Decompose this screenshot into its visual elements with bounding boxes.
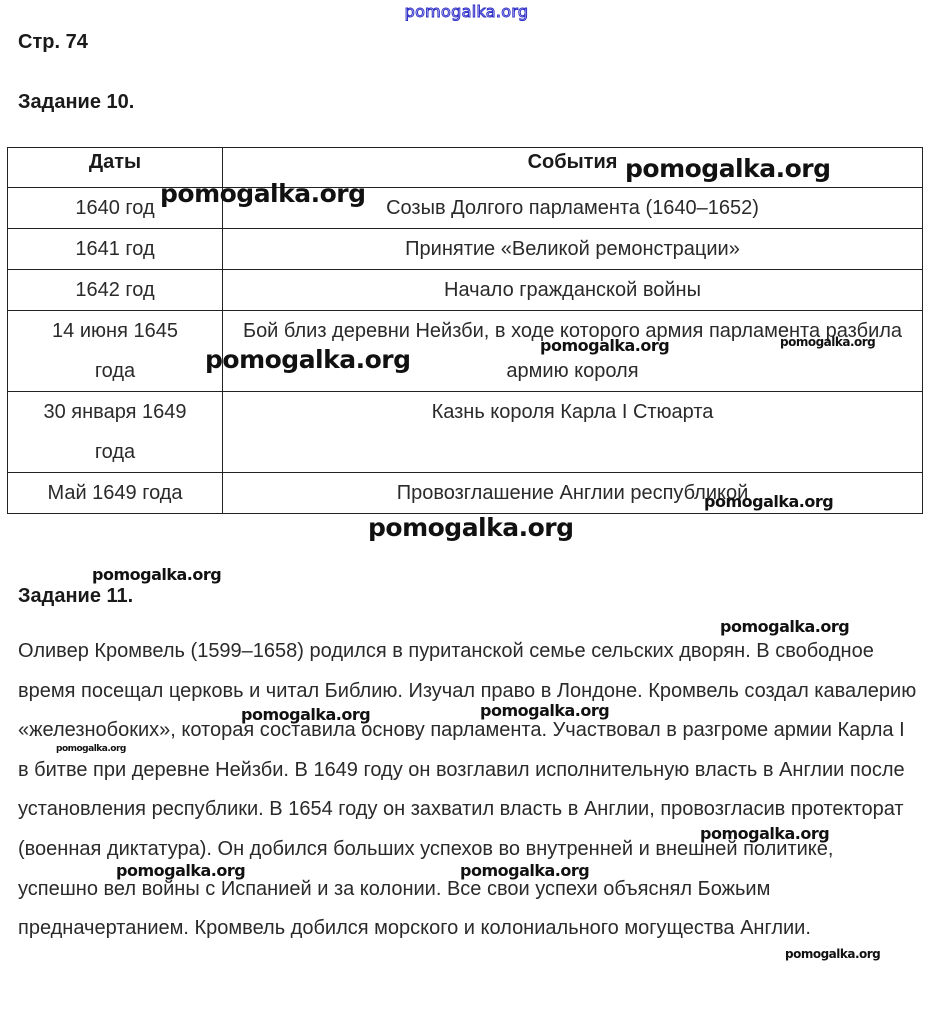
event-cell: Начало гражданской войны bbox=[223, 270, 923, 311]
event-cell: Казнь короля Карла I Стюарта bbox=[223, 392, 923, 473]
watermark: pomogalka.org bbox=[205, 345, 411, 374]
watermark: pomogalka.org bbox=[700, 824, 829, 843]
task11-title: Задание 11. bbox=[18, 585, 133, 608]
watermark: pomogalka.org bbox=[720, 617, 849, 636]
watermark: pomogalka.org bbox=[160, 179, 366, 208]
table-row: 1642 год Начало гражданской войны bbox=[8, 270, 923, 311]
date-cell: Май 1649 года bbox=[8, 473, 223, 514]
table-row: 14 июня 1645 года Бой близ деревни Нейзб… bbox=[8, 311, 923, 392]
date-cell: 1642 год bbox=[8, 270, 223, 311]
watermark: pomogalka.org bbox=[785, 947, 880, 961]
watermark: pomogalka.org bbox=[116, 861, 245, 880]
watermark: pomogalka.org bbox=[368, 513, 574, 542]
event-cell: Принятие «Великой ремонстрации» bbox=[223, 229, 923, 270]
watermark: pomogalka.org bbox=[780, 335, 875, 349]
date-cell: 1641 год bbox=[8, 229, 223, 270]
watermark: pomogalka.org bbox=[241, 705, 370, 724]
task10-title: Задание 10. bbox=[18, 91, 134, 114]
watermark: pomogalka.org bbox=[704, 492, 833, 511]
table-row: 1641 год Принятие «Великой ремонстрации» bbox=[8, 229, 923, 270]
task11-text: Оливер Кромвель (1599–1658) родился в пу… bbox=[18, 632, 918, 949]
table-row: 30 января 1649 года Казнь короля Карла I… bbox=[8, 392, 923, 473]
watermark: pomogalka.org bbox=[540, 336, 669, 355]
site-logo: pomogalka.org bbox=[0, 2, 933, 21]
page-label: Стр. 74 bbox=[18, 31, 88, 54]
watermark: pomogalka.org bbox=[460, 861, 589, 880]
watermark: pomogalka.org bbox=[92, 565, 221, 584]
watermark: pomogalka.org bbox=[480, 701, 609, 720]
events-table: Даты События 1640 год Созыв Долгого парл… bbox=[7, 147, 923, 514]
watermark: pomogalka.org bbox=[625, 154, 831, 183]
date-cell: 14 июня 1645 года bbox=[8, 311, 223, 392]
date-cell: 30 января 1649 года bbox=[8, 392, 223, 473]
watermark: pomogalka.org bbox=[56, 744, 126, 754]
table-row: 1640 год Созыв Долгого парламента (1640–… bbox=[8, 188, 923, 229]
